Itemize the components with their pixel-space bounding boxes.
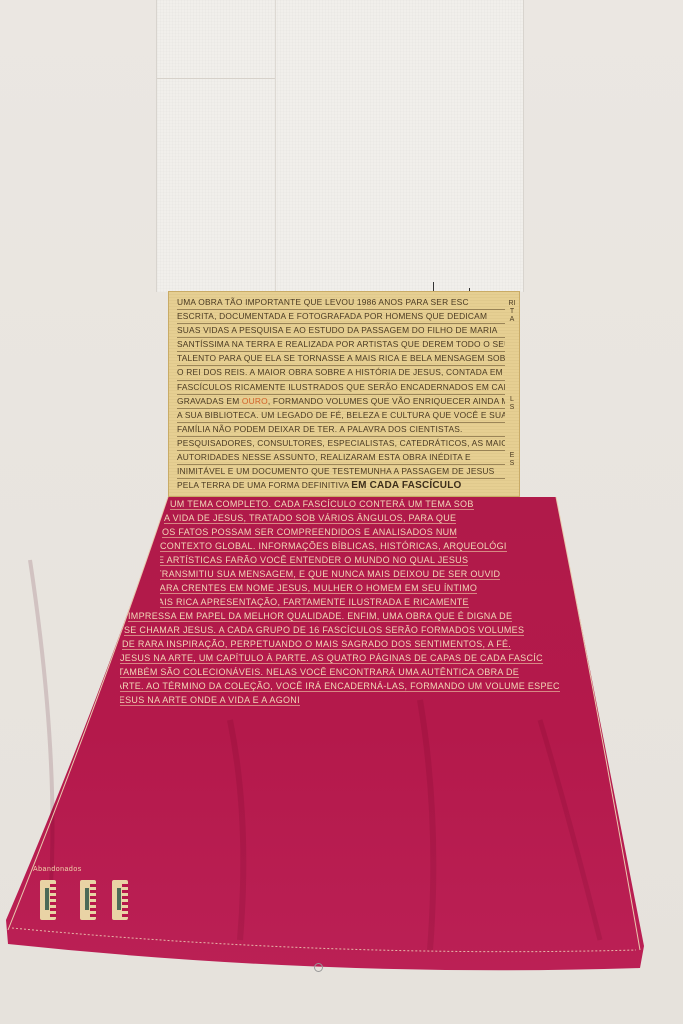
vertical-margin-letters: ES bbox=[508, 452, 516, 468]
embroidered-fragment: , formando volumes que vão enriquecer ai… bbox=[268, 396, 505, 406]
embroidered-line: de rara inspiração, perpetuando o mais s… bbox=[122, 639, 511, 650]
embroidered-line: Pesquisadores, consultores, especialista… bbox=[177, 437, 505, 451]
embroidered-line: o Rei dos Reis. A maior obra sobre a his… bbox=[177, 366, 505, 380]
embroidered-line: Um tema completo. Cada fascículo conterá… bbox=[170, 499, 474, 510]
embroidered-line: Santíssima na terra e realizada por arti… bbox=[177, 338, 505, 352]
embroidered-line: se chamar Jesus. A cada grupo de 16 fasc… bbox=[124, 625, 524, 636]
embroidered-line: escrita, documentada e fotografada por h… bbox=[177, 310, 505, 324]
embroidered-line: arte. Ao término da coleção, você irá en… bbox=[120, 681, 560, 692]
embroidered-line: impressa em papel da melhor qualidade. E… bbox=[128, 611, 512, 622]
embroidered-line: para crentes em nome Jesus, mulher o hom… bbox=[160, 583, 477, 594]
embroidered-line: Jesus na arte, um capítulo à parte. As q… bbox=[120, 653, 543, 664]
embroidered-line: os fatos possam ser compreendidos e anal… bbox=[162, 527, 457, 538]
embroidered-line: transmitiu sua mensagem, e que nunca mai… bbox=[160, 569, 500, 580]
embroidered-line: contexto global. Informações bíblicas, h… bbox=[160, 541, 507, 552]
embroidered-line: inimitável e um documento que testemunha… bbox=[177, 465, 505, 479]
embroidered-line: e artísticas farão você entender o mundo… bbox=[160, 555, 468, 566]
hanging-ring bbox=[314, 963, 323, 972]
yellow-embroidered-text-panel: Uma obra tão importante que levou 1986 a… bbox=[168, 291, 520, 497]
vertical-margin-letters: RITA bbox=[508, 300, 516, 324]
embroidered-line: Uma obra tão importante que levou 1986 a… bbox=[177, 296, 505, 310]
embroidered-word-gold: ouro bbox=[242, 396, 268, 406]
embroidered-line: a sua biblioteca. Um legado de fé, belez… bbox=[177, 409, 505, 423]
embroidered-emblem bbox=[112, 880, 128, 920]
embroidered-fragment: gravadas em bbox=[177, 396, 242, 406]
embroidered-line: pela terra de uma forma definitiva Em ca… bbox=[177, 479, 505, 492]
red-embroidered-text-block-lower: impressa em papel da melhor qualidade. E… bbox=[120, 597, 560, 807]
embroidered-line: autoridades nesse assunto, realizaram es… bbox=[177, 451, 505, 465]
monogram-label: Abandonados bbox=[33, 866, 82, 873]
embroidered-emblem bbox=[80, 880, 96, 920]
embroidered-emblem bbox=[40, 880, 56, 920]
embroidered-line: a vida de Jesus, tratado sob vários ângu… bbox=[164, 513, 456, 524]
embroidered-line: também são colecionáveis. Nelas você enc… bbox=[120, 667, 519, 678]
embroidered-line: talento para que ela se tornasse a mais … bbox=[177, 352, 505, 366]
embroidered-heading: Em cada fascículo bbox=[351, 480, 461, 491]
embroidered-line: família não podem deixar de ter. A palav… bbox=[177, 423, 505, 437]
embroidered-line: suas vidas a pesquisa e ao estudo da pas… bbox=[177, 324, 505, 338]
embroidered-line: gravadas em ouro, formando volumes que v… bbox=[177, 395, 505, 409]
vertical-margin-letters: LS bbox=[508, 396, 516, 412]
embroidered-line: fascículos ricamente ilustrados que serã… bbox=[177, 381, 505, 395]
embroidered-line: Jesus na arte onde a vida e a agoni bbox=[120, 695, 300, 706]
embroidered-fragment: pela terra de uma forma definitiva bbox=[177, 480, 351, 490]
